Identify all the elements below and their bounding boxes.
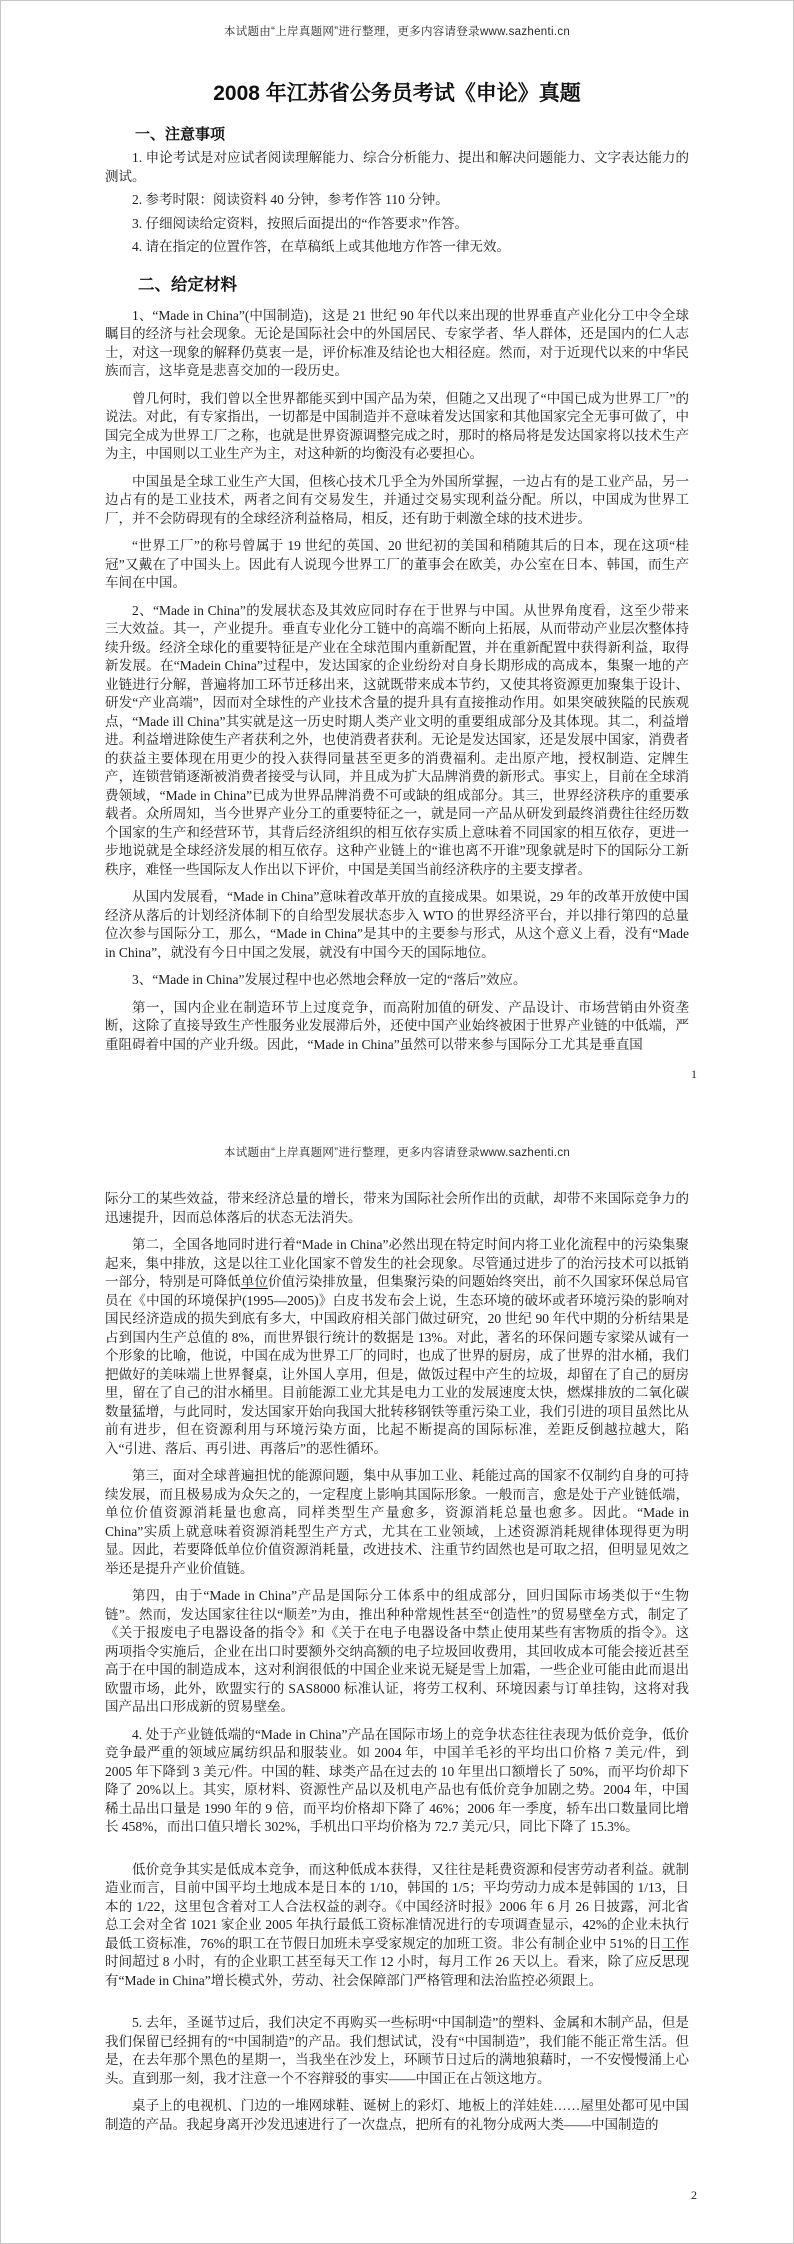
material-paragraph: “世界工厂”的称号曾属于 19 世纪的英国、20 世纪初的美国和稍随其后的日本，…	[105, 537, 689, 593]
paragraph-text: 时间超过 8 小时，有的企业职工甚至每天工作 12 小时，每月工作 26 天以上…	[105, 1954, 689, 1988]
page-number: 1	[691, 1067, 697, 1082]
exam-document-scan: 本试题由“上岸真题网”进行整理，更多内容请登录www.sazhenti.cn 2…	[0, 0, 794, 2244]
doc-title: 2008 年江苏省公务员考试《申论》真题	[105, 77, 689, 107]
notice-item: 3. 仔细阅读给定资料，按照后面提出的“作答要求”作答。	[105, 215, 689, 234]
paragraph-text: 第三，面对全球普遍担忧的能源问题，集中从事加工业、耗能过高的国家不仅制约自身的可…	[105, 1468, 689, 1576]
material-paragraph: 第一，国内企业在制造环节上过度竞争，而高附加值的研发、产品设计、市场营销由外资垄…	[105, 999, 689, 1055]
material-paragraph: 第二，全国各地同时进行着“Made in China”必然出现在特定时间内将工业…	[105, 1236, 689, 1458]
notice-item: 4. 请在指定的位置作答，在草稿纸上或其他地方作答一律无效。	[105, 238, 689, 257]
paragraph-text: 低价竞争其实是低成本竞争，而这种低成本获得，又往往是耗费资源和侵害劳动者利益。就…	[105, 1862, 689, 1951]
header-note: 本试题由“上岸真题网”进行整理，更多内容请登录www.sazhenti.cn	[105, 1, 689, 39]
material-paragraph-continued: 际分工的某些效益，带来经济总量的增长，带来为国际社会所作出的贡献，却带不来国际竞…	[105, 1190, 689, 1227]
paragraph-text: 5. 去年，圣诞节过后，我们决定不再购买一些标明“中国制造”的塑料、金属和木制产…	[105, 2015, 689, 2086]
notice-item: 2. 参考时限：阅读资料 40 分钟，参考作答 110 分钟。	[105, 191, 689, 210]
page-2: 本试题由“上岸真题网”进行整理，更多内容请登录www.sazhenti.cn 际…	[1, 1122, 793, 2243]
paragraph-text: 际分工的某些效益，带来经济总量的增长，带来为国际社会所作出的贡献，却带不来国际竞…	[105, 1191, 689, 1225]
page-2-body: 际分工的某些效益，带来经济总量的增长，带来为国际社会所作出的贡献，却带不来国际竞…	[105, 1190, 689, 2134]
material-paragraph: 曾几何时，我们曾以全世界都能买到中国产品为荣，但随之又出现了“中国已成为世界工厂…	[105, 390, 689, 464]
material-paragraph: 2、“Made in China”的发展状态及其效应同时存在于世界与中国。从世界…	[105, 602, 689, 880]
material-paragraph: 从国内发展看，“Made in China”意味着改革开放的直接成果。如果说，2…	[105, 888, 689, 962]
paragraph-text: 桌子上的电视机、门边的一堆网球鞋、诞树上的彩灯、地板上的洋娃娃……屋里处都可见中…	[105, 2098, 689, 2132]
material-paragraph: 低价竞争其实是低成本竞争，而这种低成本获得，又往往是耗费资源和侵害劳动者利益。就…	[105, 1861, 689, 1991]
underlined-term: 单位	[241, 1274, 268, 1289]
material-paragraph: 中国虽是全球工业生产大国，但核心技术几乎全为外国所掌握，一边占有的是工业产品，另…	[105, 473, 689, 529]
material-paragraph: 5. 去年，圣诞节过后，我们决定不再购买一些标明“中国制造”的塑料、金属和木制产…	[105, 2014, 689, 2088]
page-number: 2	[691, 2188, 697, 2203]
page-1: 本试题由“上岸真题网”进行整理，更多内容请登录www.sazhenti.cn 2…	[1, 1, 793, 1122]
paragraph-text: 价值污染排放量，但集聚污染的问题始终突出，前不久国家环保总局官员在《中国的环境保…	[105, 1274, 689, 1456]
section-materials-heading: 二、给定材料	[105, 271, 689, 295]
underlined-term: 工作	[662, 1936, 689, 1951]
material-paragraph: 第三，面对全球普遍担忧的能源问题，集中从事加工业、耗能过高的国家不仅制约自身的可…	[105, 1467, 689, 1578]
paragraph-text: 第四，由于“Made in China”产品是国际分工体系中的组成部分，回归国际…	[105, 1588, 689, 1714]
material-paragraph: 1、“Made in China”(中国制造)，这是 21 世纪 90 年代以来…	[105, 307, 689, 381]
section-notes-heading: 一、注意事项	[105, 123, 689, 144]
material-paragraph: 4. 处于产业链低端的“Made in China”产品在国际市场上的竞争状态往…	[105, 1726, 689, 1837]
notice-item: 1. 申论考试是对应试者阅读理解能力、综合分析能力、提出和解决问题能力、文字表达…	[105, 149, 689, 186]
header-note: 本试题由“上岸真题网”进行整理，更多内容请登录www.sazhenti.cn	[105, 1122, 689, 1160]
material-paragraph: 3、“Made in China”发展过程中也必然地会释放一定的“落后”效应。	[105, 971, 689, 990]
material-paragraph: 第四，由于“Made in China”产品是国际分工体系中的组成部分，回归国际…	[105, 1587, 689, 1717]
paragraph-text: 4. 处于产业链低端的“Made in China”产品在国际市场上的竞争状态往…	[105, 1727, 689, 1835]
material-paragraph: 桌子上的电视机、门边的一堆网球鞋、诞树上的彩灯、地板上的洋娃娃……屋里处都可见中…	[105, 2097, 689, 2134]
